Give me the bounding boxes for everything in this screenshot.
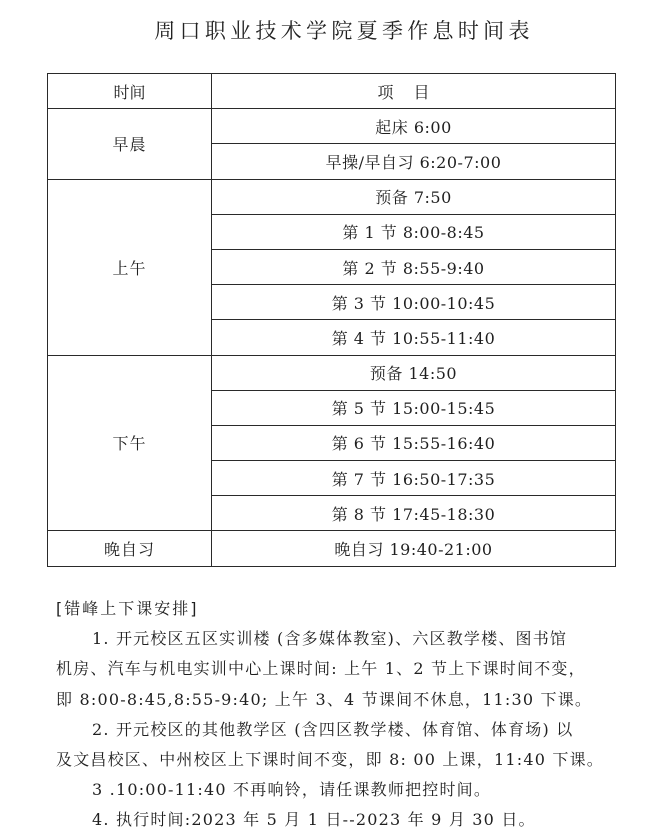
schedule-table: 时间 项目 早晨 起床 6:00 早操/早自习 6:20-7:00 上午 预备 … — [47, 73, 616, 567]
schedule-item: 第 3 节 10:00-10:45 — [212, 285, 616, 320]
note-line: 4. 执行时间:2023 年 5 月 1 日--2023 年 9 月 30 日。 — [56, 805, 626, 835]
schedule-item: 晚自习 19:40-21:00 — [212, 531, 616, 566]
period-evening: 晚自习 — [48, 531, 212, 566]
note-line: 机房、汽车与机电实训中心上课时间: 上午 1、2 节上下课时间不变， — [56, 654, 626, 684]
header-time: 时间 — [48, 74, 212, 109]
table-row: 晚自习 晚自习 19:40-21:00 — [48, 531, 616, 566]
period-afternoon: 下午 — [48, 355, 212, 531]
schedule-item: 预备 14:50 — [212, 355, 616, 390]
schedule-item: 第 8 节 17:45-18:30 — [212, 496, 616, 531]
schedule-item: 第 4 节 10:55-11:40 — [212, 320, 616, 355]
table-row: 下午 预备 14:50 — [48, 355, 616, 390]
table-row: 上午 预备 7:50 — [48, 179, 616, 214]
note-line: 及文昌校区、中州校区上下课时间不变，即 8: 00 上课，11:40 下课。 — [56, 745, 626, 775]
note-line: 2. 开元校区的其他教学区 (含四区教学楼、体育馆、体育场) 以 — [56, 715, 626, 745]
schedule-item: 第 1 节 8:00-8:45 — [212, 214, 616, 249]
note-line: 即 8:00-8:45,8:55-9:40; 上午 3、4 节课间不休息，11:… — [56, 685, 626, 715]
schedule-item: 早操/早自习 6:20-7:00 — [212, 144, 616, 179]
table-row: 早晨 起床 6:00 — [48, 109, 616, 144]
schedule-item: 起床 6:00 — [212, 109, 616, 144]
notes-heading: [错峰上下课安排] — [56, 594, 626, 624]
note-line: 3 .10:00-11:40 不再响铃，请任课教师把控时间。 — [56, 775, 626, 805]
header-item: 项目 — [212, 74, 616, 109]
period-forenoon: 上午 — [48, 179, 212, 355]
period-morning: 早晨 — [48, 109, 212, 179]
schedule-item: 预备 7:50 — [212, 179, 616, 214]
note-line: 1. 开元校区五区实训楼 (含多媒体教室)、六区教学楼、图书馆 — [56, 624, 626, 654]
schedule-item: 第 6 节 15:55-16:40 — [212, 425, 616, 460]
schedule-item: 第 7 节 16:50-17:35 — [212, 461, 616, 496]
table-header-row: 时间 项目 — [48, 74, 616, 109]
notes-section: [错峰上下课安排] 1. 开元校区五区实训楼 (含多媒体教室)、六区教学楼、图书… — [56, 594, 626, 836]
schedule-item: 第 5 节 15:00-15:45 — [212, 390, 616, 425]
schedule-item: 第 2 节 8:55-9:40 — [212, 249, 616, 284]
page-title: 周口职业技术学院夏季作息时间表 — [0, 16, 652, 46]
